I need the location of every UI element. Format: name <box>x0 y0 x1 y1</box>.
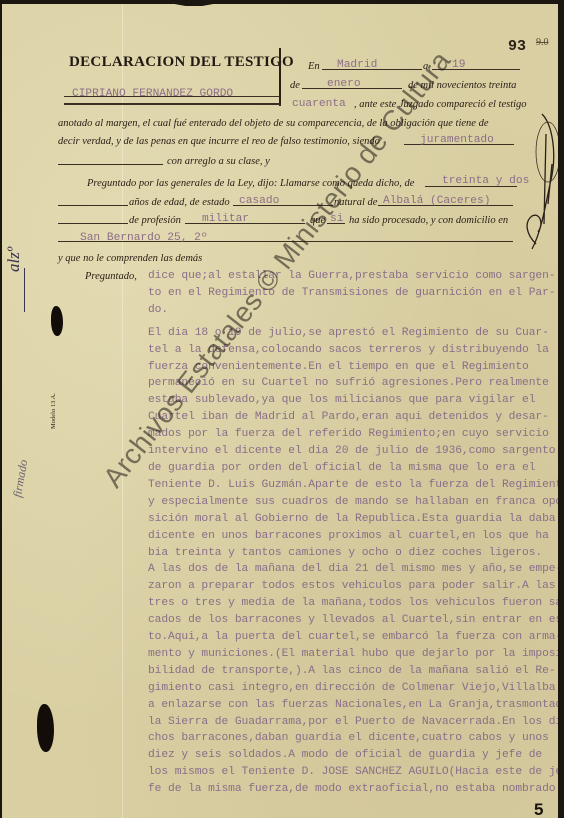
label-en: En <box>308 61 320 72</box>
document-page: 93 9.0 DECLARACION DEL TESTIGO CIPRIANO … <box>2 4 558 818</box>
witness-name-underline <box>64 103 281 105</box>
testimony-line: bilidad de transporte,).A las cinco de l… <box>148 663 558 680</box>
document-title: DECLARACION DEL TESTIGO <box>69 54 294 71</box>
age-line-2 <box>58 205 128 206</box>
margin-note-rule <box>24 268 25 312</box>
form-code: Modelo 13 A. <box>50 393 57 429</box>
form-line-7: y que no le comprenden las demás <box>58 253 202 264</box>
year-suffix-value: cuarenta <box>292 98 346 110</box>
address-value: San Bernardo 25, 2º <box>80 232 208 244</box>
testimony-line: la Sierra de Guadarrama,por el Puerto de… <box>148 714 558 731</box>
testimony-line: de guardia por orden del oficial de la m… <box>148 460 558 477</box>
witness-name-strike <box>64 96 279 97</box>
witness-name: CIPRIANO FERNANDEZ GORDO <box>72 88 233 100</box>
label-de: de <box>290 80 300 91</box>
testimony-line: do. <box>148 302 558 319</box>
margin-note-top: alzº <box>4 247 24 272</box>
signature-icon <box>522 104 560 254</box>
testimony-line: dice que;al estallar la Guerra,prestaba … <box>148 268 558 285</box>
form-line-3: con arreglo a su clase, y <box>167 156 270 167</box>
testimony-line: diez y seis soldados.A modo de oficial d… <box>148 747 558 764</box>
form-line-5a: años de edad, de estado <box>129 197 230 208</box>
testimony-line: zaron a preparar todos estos vehiculos p… <box>148 578 558 595</box>
testimony-line: los mismos el Teniente D. JOSE SANCHEZ A… <box>148 764 558 781</box>
form-line-2: decir verdad, y de las penas en que incu… <box>58 136 380 147</box>
testimony-line: bia treinta y tantos camiones y ocho o d… <box>148 545 558 562</box>
birthplace-value: Albalá (Caceres) <box>383 195 490 207</box>
oath-value: juramentado <box>420 134 494 146</box>
testimony-line: to en el Regimiento de Transmisiones de … <box>148 285 558 302</box>
form-line-6c: ha sido procesado, y con domicilio en <box>349 215 508 226</box>
testimony-line: A las dos de la mañana del dia 21 del mi… <box>148 561 558 578</box>
paper-hole <box>51 306 63 336</box>
place-value: Madrid <box>337 59 377 71</box>
profession-value: militar <box>202 213 249 225</box>
testimony-line: gimiento casi integro,en dirección de Co… <box>148 680 558 697</box>
testimony-line: chos barracones,daban guardia el dicente… <box>148 730 558 747</box>
testimony-line: mento y municiones.(El material hubo que… <box>148 646 558 663</box>
testimony-line: mados por la fuerza del referido Regimie… <box>148 426 558 443</box>
form-line-1: anotado al margen, el cual fué enterado … <box>58 118 489 129</box>
folio-number: 93 <box>508 38 526 55</box>
title-divider <box>279 48 281 106</box>
testimony-line: tres o tres y media de la mañana,todos l… <box>148 595 558 612</box>
folio-old-number: 9.0 <box>536 37 549 48</box>
testimony-line: Cuartel iban de Madrid al Pardo,eran aqu… <box>148 409 558 426</box>
margin-note-bottom: firmado <box>10 459 31 499</box>
appeared-label: , ante este Juzgado compareció el testig… <box>354 99 527 110</box>
testimony-line: y especialmente sus cuadros de mando se … <box>148 494 558 511</box>
testimony-line: intervino el dicente el dia 20 de julio … <box>148 443 558 460</box>
age-value: treinta y dos <box>442 175 529 187</box>
class-line <box>58 164 163 165</box>
page-number: 5 <box>534 800 543 818</box>
testimony-line: sición moral al Gobierno de la Republica… <box>148 511 558 528</box>
profession-line-pre <box>58 223 128 224</box>
paper-hole <box>37 704 54 752</box>
month-value: enero <box>327 78 361 90</box>
testimony-line: a enlazarse con las fuerzas Nacionales,e… <box>148 697 558 714</box>
civil-status-value: casado <box>239 195 279 207</box>
testimony-line: Teniente D. Luis Guzmán.Aparte de esto l… <box>148 477 558 494</box>
testimony-line: cados de los barracones y llevados al Cu… <box>148 612 558 629</box>
testimony-line: to.Aqui,a la puerta del cuartel,se embar… <box>148 629 558 646</box>
testimony-line: dicente en unos barracones proximos al c… <box>148 528 558 545</box>
testimony-line: fe de la misma fuerza,de modo extraofici… <box>148 781 558 798</box>
form-line-6a: de profesión <box>129 215 181 226</box>
preguntado-label: Preguntado, <box>85 271 137 282</box>
testimony-line: estaba sublevado,ya que los milicianos q… <box>148 392 558 409</box>
